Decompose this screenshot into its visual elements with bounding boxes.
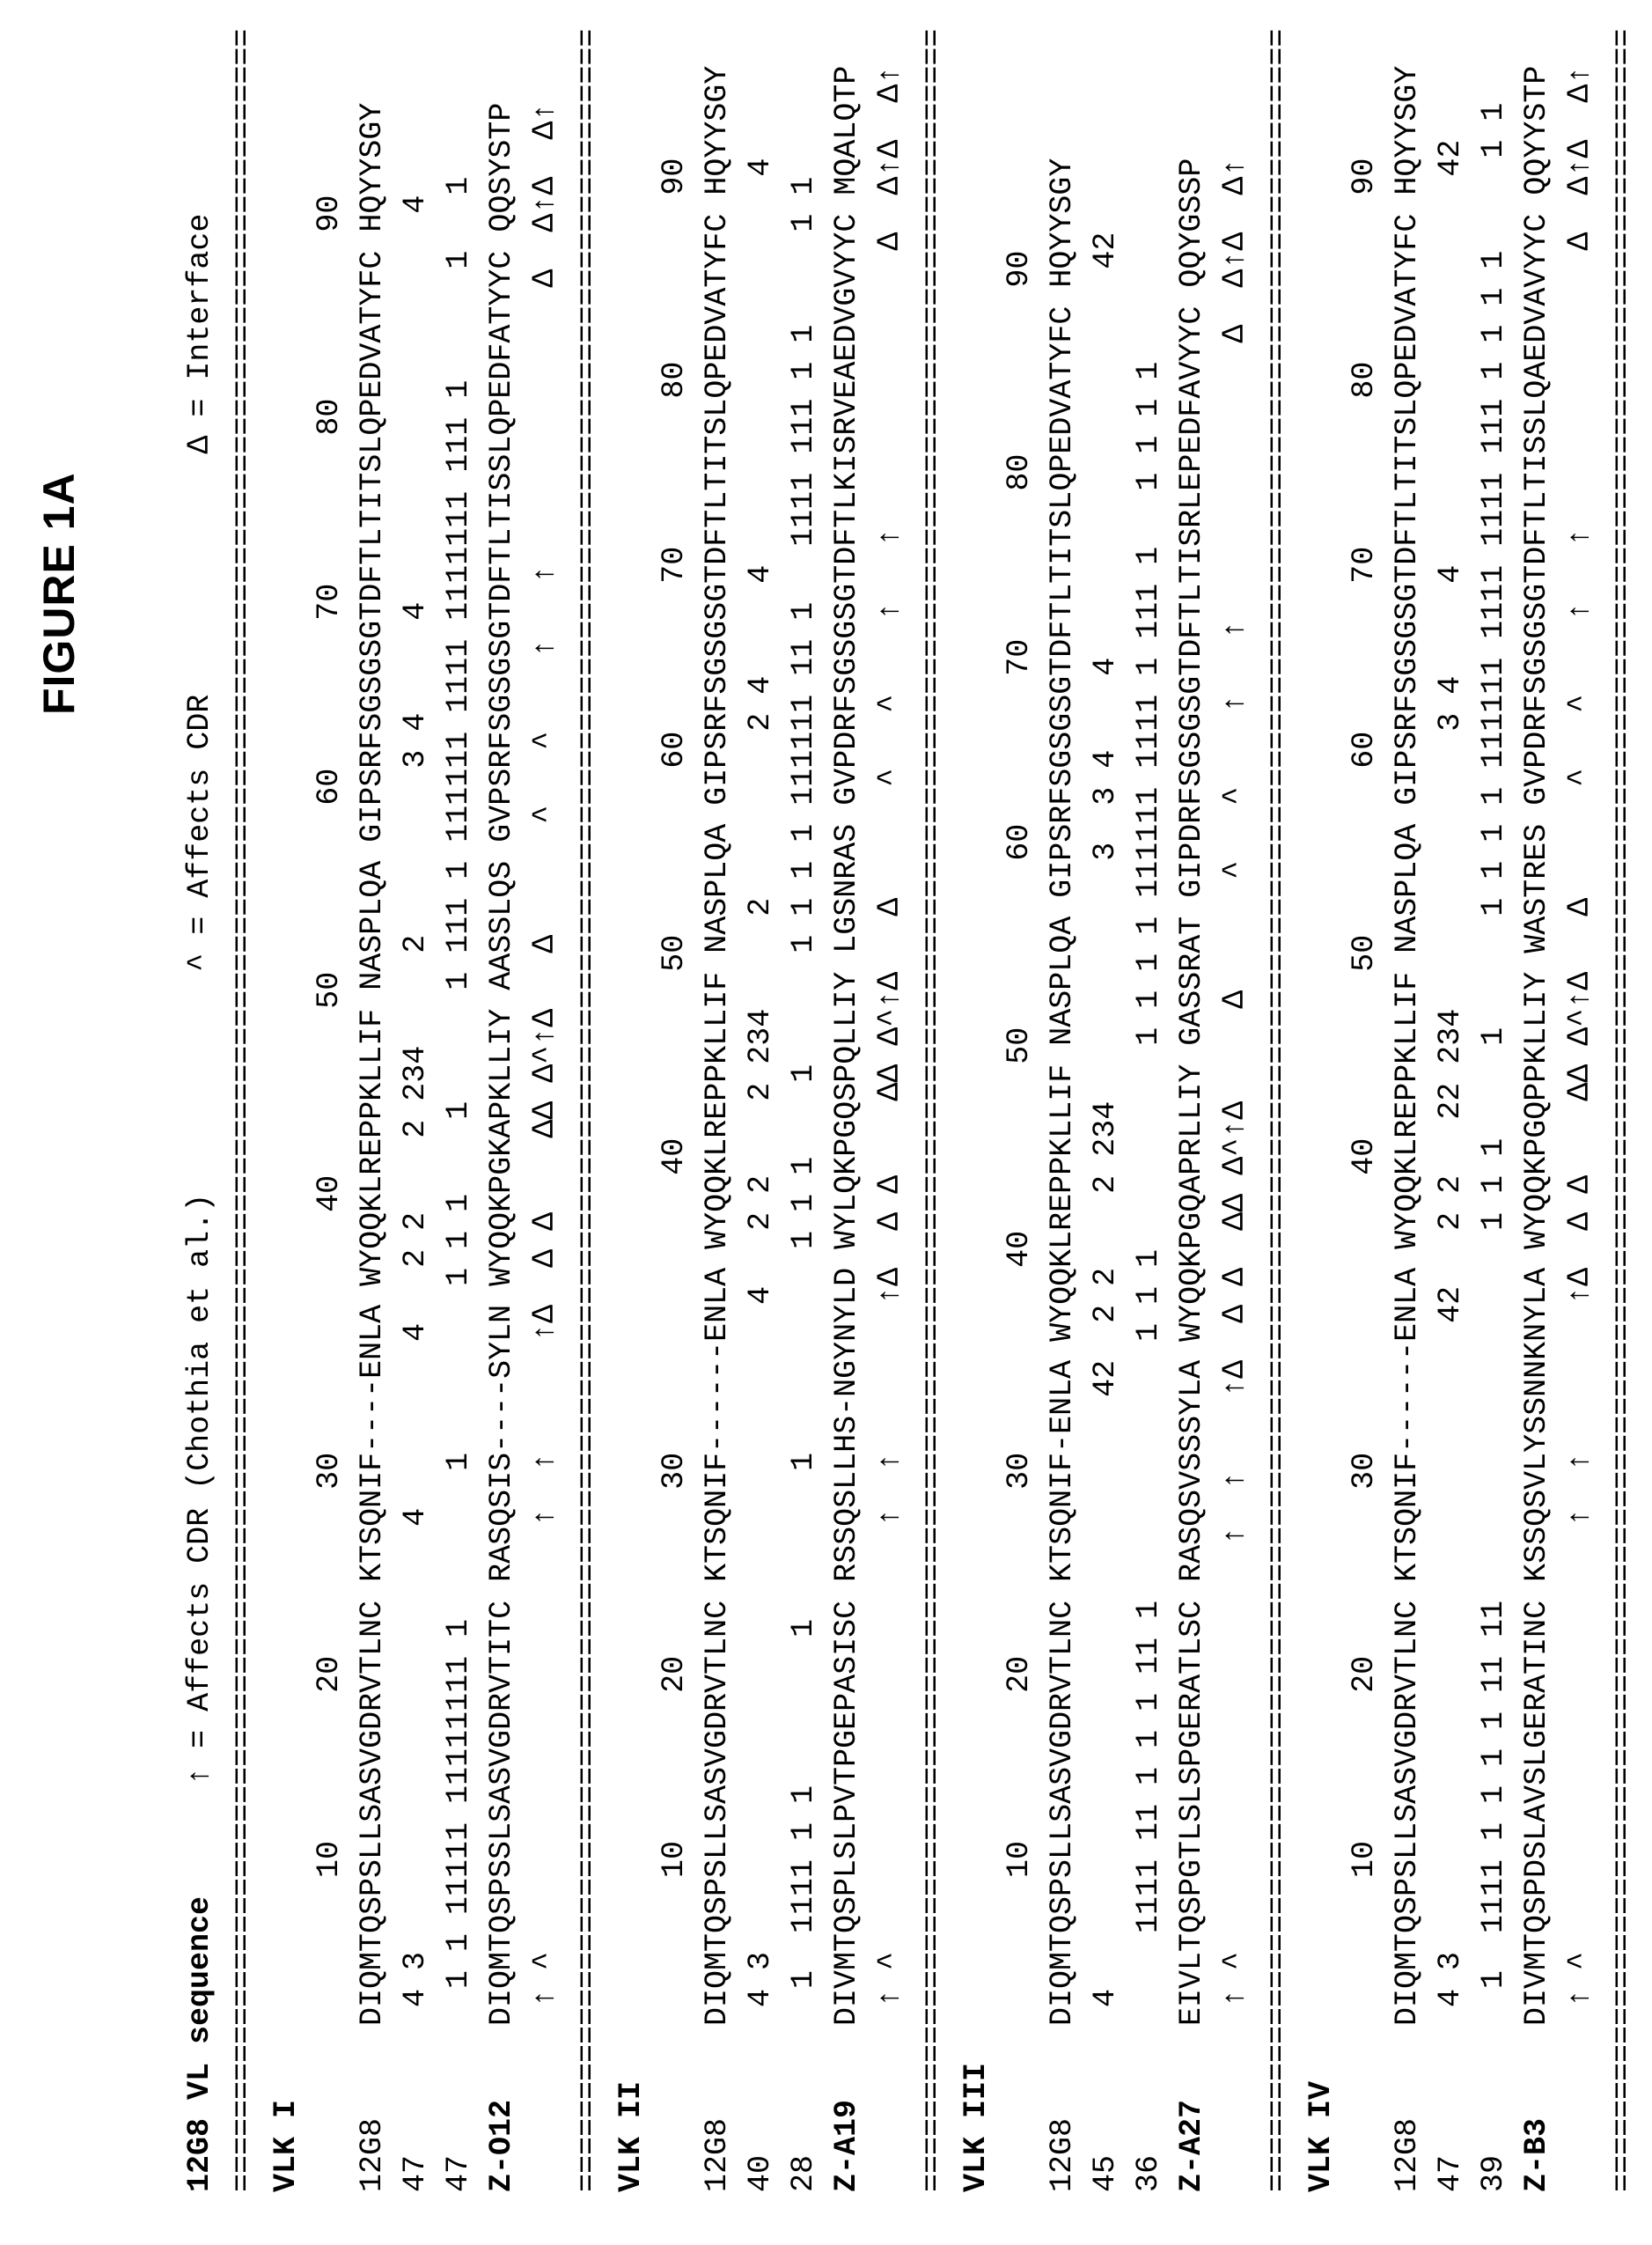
doc-line-section-title: VLK II — [610, 29, 653, 2192]
doc-line-ruler: 10 20 30 40 50 60 70 80 90 — [308, 29, 351, 2192]
line-text: 4 42 2 2 2 234 3 3 4 4 42 — [1088, 232, 1123, 2026]
line-label: VLK I — [268, 2100, 304, 2192]
doc-line-germline-sequence: Z-B3 DIVMTQSPDSLAVSLGERATINC KSSQSVLYSSN… — [1516, 29, 1559, 2192]
doc-line-annotation: 45 4 42 2 2 2 234 3 3 4 4 42 — [1084, 29, 1127, 2192]
doc-line-arrows: ↑ ^ ↑ ↑ ↑Δ Δ Δ ΔΔ Δ^↑Δ Δ ^ ^ ↑ ↑ Δ Δ↑Δ Δ… — [1214, 29, 1257, 2192]
line-text: 4 3 4 4 2 2 2 234 2 3 4 4 4 — [398, 195, 433, 2026]
line-text: ========================================… — [570, 29, 606, 2192]
doc-line-query-sequence: 12G8 DIQMTQSPSLLSASVGDRVTLNC KTSQNIF----… — [351, 29, 394, 2192]
doc-line-germline-sequence: Z-O12 DIQMTQSPSSLSASVGDRVTITC RASQSIS---… — [481, 29, 524, 2192]
line-text: 1111 11 1 1 1 11 1 1 1 1 1 1 1 1 111111 … — [1131, 362, 1166, 2026]
figure-title: FIGURE 1A — [33, 472, 84, 715]
doc-line-separator: ========================================… — [912, 29, 955, 2192]
line-label — [312, 2026, 347, 2192]
line-text: DIQMTQSPSSLSASVGDRVTITC RASQSIS----SYLN … — [484, 103, 519, 2026]
line-label: 12G8 — [1045, 2026, 1080, 2192]
line-text: 4 3 4 2 2 2 234 2 2 4 4 4 — [743, 158, 778, 2026]
line-text: ========================================… — [225, 29, 261, 2192]
line-text: ↑ ^ ↑ ↑ ↑Δ Δ Δ ΔΔ Δ^↑Δ Δ ^ ^ ↑ ↑ Δ Δ↑Δ Δ… — [1217, 158, 1252, 2026]
line-text: 10 20 30 40 50 60 70 80 90 — [312, 195, 347, 2026]
doc-line-annotation: 39 1 1111 1 1 1 1 11 11 1 1 1 1 1 1 1 1 … — [1472, 29, 1516, 2192]
line-label: 28 — [786, 2026, 821, 2192]
line-text: DIQMTQSPSLLSASVGDRVTLNC KTSQNIF------ENL… — [1390, 66, 1425, 2026]
line-text: 10 20 30 40 50 60 70 80 90 — [1002, 251, 1037, 2026]
doc-line-query-sequence: 12G8 DIQMTQSPSLLSASVGDRVTLNC KTSQNIF----… — [696, 29, 739, 2192]
line-label: 36 — [1131, 2026, 1166, 2192]
doc-line-ruler: 10 20 30 40 50 60 70 80 90 — [998, 29, 1041, 2192]
line-text: 4 3 42 2 2 22 234 3 4 4 42 — [1433, 140, 1468, 2026]
line-label — [872, 2026, 907, 2192]
line-label: Z-A27 — [1174, 2026, 1209, 2192]
sequence-alignment-document: 12G8 VL sequence ↑ = Affects CDR (Chothi… — [179, 29, 1645, 2192]
line-label: 47 — [441, 2026, 476, 2192]
line-label: 12G8 — [1390, 2026, 1425, 2192]
line-text: 1 1111 1 1 1 1 1 1 1 1 1 1 1 1 111111 11… — [786, 177, 821, 2026]
doc-line-arrows: ↑ ^ ↑ ↑ ↑Δ Δ Δ ΔΔ Δ^↑Δ Δ ^ ^ ↑ ↑ Δ Δ↑Δ Δ… — [524, 29, 567, 2192]
doc-line-arrows: ↑ ^ ↑ ↑ ↑Δ Δ Δ ΔΔ Δ^↑Δ Δ ^ ^ ↑ ↑ Δ Δ↑Δ Δ… — [869, 29, 912, 2192]
doc-line-annotation: 28 1 1111 1 1 1 1 1 1 1 1 1 1 1 1 111111… — [782, 29, 826, 2192]
line-label: VLK IV — [1303, 2081, 1339, 2192]
doc-line-annotation: 36 1111 11 1 1 1 11 1 1 1 1 1 1 1 1 1111… — [1127, 29, 1171, 2192]
line-label: VLK II — [613, 2081, 649, 2192]
line-label — [1347, 2026, 1382, 2192]
doc-line-annotation: 47 4 3 4 4 2 2 2 234 2 3 4 4 4 — [394, 29, 437, 2192]
line-text: ↑ ^ ↑ ↑ ↑Δ Δ Δ ΔΔ Δ^↑Δ Δ ^ ^ ↑ ↑ Δ Δ↑Δ Δ… — [1562, 66, 1597, 2026]
doc-line-section-title: VLK IV — [1300, 29, 1343, 2192]
doc-line-annotation: 47 1 1 11111 11111111 1 1 1 1 1 1 1 111 … — [437, 29, 481, 2192]
line-label — [1217, 2026, 1252, 2192]
line-label — [657, 2026, 692, 2192]
rotated-content: FIGURE 1A 12G8 VL sequence ↑ = Affects C… — [0, 0, 1652, 2245]
line-text: DIVMTQSPDSLAVSLGERATINC KSSQSVLYSSNNKNYL… — [1519, 66, 1554, 2026]
doc-line-annotation: 47 4 3 42 2 2 22 234 3 4 4 42 — [1429, 29, 1472, 2192]
doc-line-ruler: 10 20 30 40 50 60 70 80 90 — [1343, 29, 1386, 2192]
line-text: 10 20 30 40 50 60 70 80 90 — [1347, 158, 1382, 2026]
line-label: 12G8 — [355, 2026, 390, 2192]
line-label: 47 — [398, 2026, 433, 2192]
doc-line-separator: ========================================… — [1602, 29, 1645, 2192]
doc-line-query-sequence: 12G8 DIQMTQSPSLLSASVGDRVTLNC KTSQNIF----… — [1386, 29, 1429, 2192]
line-text: ========================================… — [1260, 29, 1296, 2192]
doc-line-separator: ========================================… — [567, 29, 610, 2192]
doc-line-section-title: VLK III — [955, 29, 998, 2192]
patent-figure-page: FIGURE 1A 12G8 VL sequence ↑ = Affects C… — [0, 0, 1652, 2245]
line-text: ========================================… — [1605, 29, 1641, 2192]
doc-line-separator: ========================================… — [222, 29, 265, 2192]
doc-line-ruler: 10 20 30 40 50 60 70 80 90 — [653, 29, 696, 2192]
doc-line-arrows: ↑ ^ ↑ ↑ ↑Δ Δ Δ ΔΔ Δ^↑Δ Δ ^ ^ ↑ ↑ Δ Δ↑Δ Δ… — [1559, 29, 1602, 2192]
line-text: DIQMTQSPSLLSASVGDRVTLNC KTSQNIF----ENLA … — [355, 103, 390, 2026]
line-label: Z-A19 — [829, 2026, 864, 2192]
line-label: 12G8 — [700, 2026, 735, 2192]
line-label: Z-B3 — [1519, 2026, 1554, 2192]
line-label — [1562, 2026, 1597, 2192]
doc-line-section-title: VLK I — [265, 29, 308, 2192]
line-label: 40 — [743, 2026, 778, 2192]
line-label: 12G8 VL sequence — [182, 1896, 217, 2192]
line-text: ↑ ^ ↑ ↑ ↑Δ Δ Δ ΔΔ Δ^↑Δ Δ ^ ^ ↑ ↑ Δ Δ↑Δ Δ… — [872, 66, 907, 2026]
line-text: ↑ ^ ↑ ↑ ↑Δ Δ Δ ΔΔ Δ^↑Δ Δ ^ ^ ↑ ↑ Δ Δ↑Δ Δ… — [527, 103, 562, 2026]
line-text: ↑ = Affects CDR (Chothia et al.) ^ = Aff… — [182, 214, 217, 1896]
line-label: 47 — [1433, 2026, 1468, 2192]
line-text: 1 1111 1 1 1 1 11 11 1 1 1 1 1 1 1 1 111… — [1476, 103, 1511, 2026]
line-label — [1002, 2026, 1037, 2192]
line-text: 1 1 11111 11111111 1 1 1 1 1 1 1 111 1 1… — [441, 177, 476, 2026]
line-label — [527, 2026, 562, 2192]
line-text: ========================================… — [915, 29, 951, 2192]
doc-line-query-sequence: 12G8 DIQMTQSPSLLSASVGDRVTLNC KTSQNIF-ENL… — [1041, 29, 1084, 2192]
line-text: DIVMTQSPLSLPVTPGEPASISC RSSQSLLHS-NGYNYL… — [829, 66, 864, 2026]
doc-line-separator: ========================================… — [1257, 29, 1300, 2192]
doc-line-germline-sequence: Z-A27 EIVLTQSPGTLSLSPGERATLSC RASQSVSSSY… — [1171, 29, 1214, 2192]
line-text: EIVLTQSPGTLSLSPGERATLSC RASQSVSSSYLA WYQ… — [1174, 158, 1209, 2026]
doc-line-germline-sequence: Z-A19 DIVMTQSPLSLPVTPGEPASISC RSSQSLLHS-… — [826, 29, 869, 2192]
line-label: VLK III — [958, 2063, 994, 2192]
doc-line-header: 12G8 VL sequence ↑ = Affects CDR (Chothi… — [179, 29, 222, 2192]
line-label: 45 — [1088, 2026, 1123, 2192]
line-text: DIQMTQSPSLLSASVGDRVTLNC KTSQNIF-ENLA WYQ… — [1045, 158, 1080, 2026]
line-text: 10 20 30 40 50 60 70 80 90 — [657, 158, 692, 2026]
line-label: 39 — [1476, 2026, 1511, 2192]
doc-line-annotation: 40 4 3 4 2 2 2 234 2 2 4 4 4 — [739, 29, 782, 2192]
line-label: Z-O12 — [484, 2026, 519, 2192]
line-text: DIQMTQSPSLLSASVGDRVTLNC KTSQNIF------ENL… — [700, 66, 735, 2026]
